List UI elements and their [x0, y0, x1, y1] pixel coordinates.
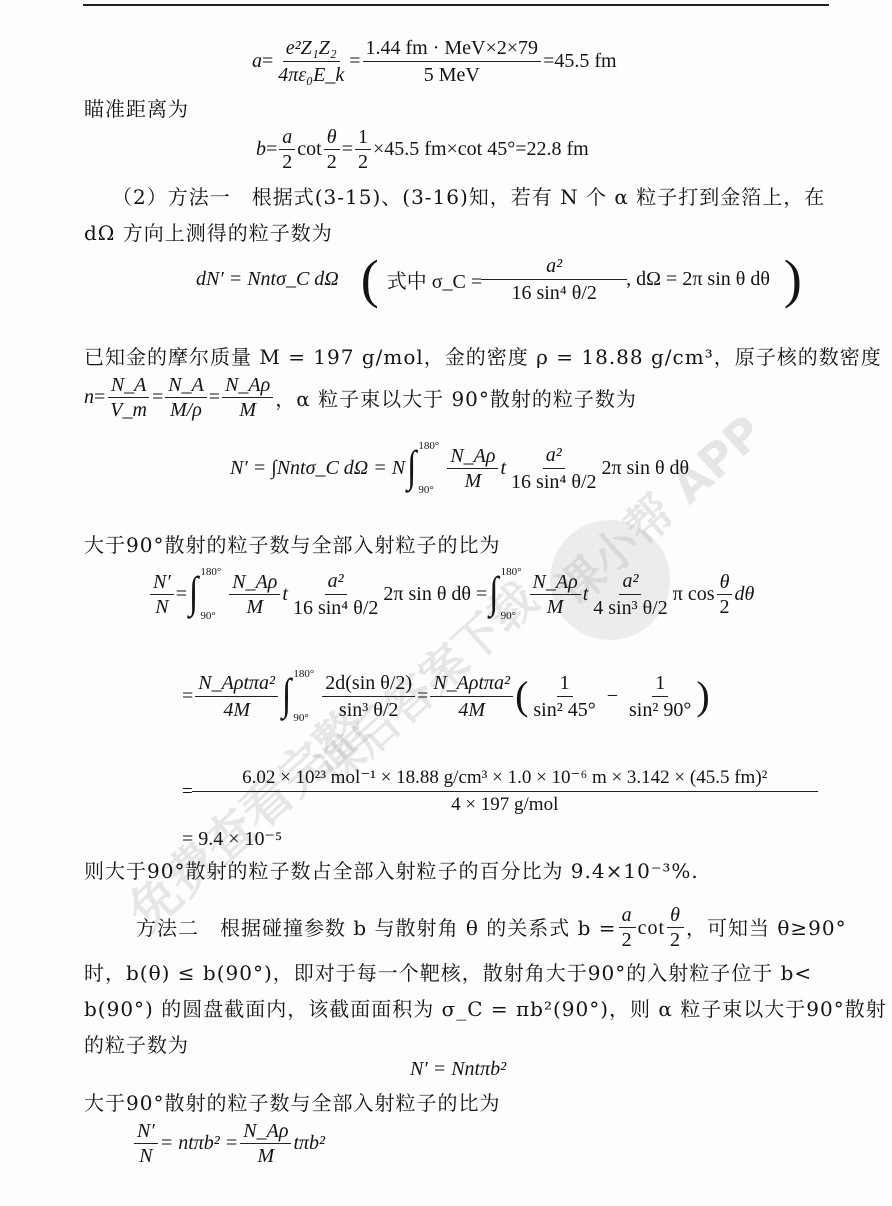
- fraction: N_AρM: [530, 571, 581, 618]
- denominator: 2: [667, 928, 684, 951]
- numerator: 1: [652, 671, 668, 697]
- upper-limit: 180°: [418, 440, 439, 452]
- numerator: 2d(sin θ/2): [322, 671, 415, 697]
- eq-symbol: a: [252, 50, 262, 73]
- equation-Nprime: N′ = ∫Nntσ_C dΩ = N ∫ 180°90° N_AρM t a²…: [230, 440, 689, 496]
- denominator: 2: [324, 150, 340, 173]
- eq-text: ×45.5 fm×cot 45°=22.8 fm: [373, 138, 589, 161]
- numerator: a²: [481, 254, 627, 280]
- numerator: 1.44 fm · MeV×2×79: [363, 36, 542, 62]
- eq-text: dθ: [735, 583, 755, 606]
- fraction: e²Z₁Z₂ 4πε₀E_k: [275, 36, 347, 87]
- fraction: 2d(sin θ/2)sin³ θ/2: [322, 671, 415, 722]
- paragraph: b(90°) 的圆盘截面内，该截面面积为 σ_C = πb²(90°)，则 α …: [84, 996, 887, 1022]
- denominator: N: [136, 1144, 155, 1167]
- left-paren: (: [515, 676, 528, 716]
- right-paren: ): [696, 676, 709, 716]
- equation-a: a= e²Z₁Z₂ 4πε₀E_k = 1.44 fm · MeV×2×79 5…: [252, 36, 617, 87]
- paragraph: 大于90°散射的粒子数与全部入射粒子的比为: [84, 532, 500, 558]
- denominator: 2: [619, 928, 636, 951]
- denominator: 2: [279, 150, 295, 173]
- numerator: 1: [557, 671, 573, 697]
- eq-text: ，α 粒子束以大于 90°散射的粒子数为: [275, 383, 637, 412]
- denominator: M: [462, 469, 485, 492]
- fraction: N_AV_m: [107, 374, 150, 421]
- denominator: 4 sin³ θ/2: [590, 595, 670, 620]
- fraction: 1sin² 90°: [626, 671, 694, 722]
- eq-text: dN′ = Nntσ_C dΩ: [196, 268, 339, 291]
- eq-text: = ntπb² =: [160, 1132, 239, 1155]
- paragraph-text: ，可知当 θ≥90°: [686, 915, 847, 941]
- paragraph-text: 方法二 根据碰撞参数 b 与散射角 θ 的关系式 b =: [136, 915, 617, 941]
- numerator: N′: [150, 571, 174, 595]
- lower-limit: 90°: [293, 712, 314, 724]
- numerator: N_Aρ: [447, 445, 498, 469]
- denominator: M: [544, 595, 567, 618]
- numerator: N_Aρ: [240, 1120, 291, 1144]
- paragraph-text: cot: [638, 915, 665, 941]
- denominator: M/ρ: [167, 398, 205, 421]
- eq-symbol: b: [256, 138, 266, 161]
- fraction: 6.02 × 10²³ mol⁻¹ × 18.88 g/cm³ × 1.0 × …: [195, 766, 815, 817]
- numerator: a²: [543, 443, 565, 469]
- paragraph: 则大于90°散射的粒子数占全部入射粒子的百分比为 9.4×10⁻³%.: [84, 858, 699, 884]
- eq-text: 2π sin θ dθ: [602, 457, 690, 480]
- fraction: N′N: [134, 1120, 158, 1167]
- numerator: 6.02 × 10²³ mol⁻¹ × 18.88 g/cm³ × 1.0 × …: [192, 766, 818, 792]
- eq-symbol: t: [500, 457, 506, 480]
- header-rule: [83, 4, 829, 6]
- denominator: 16 sin⁴ θ/2: [508, 280, 599, 305]
- denominator: N: [152, 595, 171, 618]
- numerator: N_A: [165, 374, 207, 398]
- numerator: N_Aρ: [229, 571, 280, 595]
- denominator: 2: [355, 150, 371, 173]
- numerator: a: [619, 904, 636, 928]
- integral-sign: ∫: [489, 575, 498, 614]
- eq-result: =45.5 fm: [543, 50, 617, 73]
- equation-b: b= a2 cot θ2= 12 ×45.5 fm×cot 45°=22.8 f…: [256, 126, 589, 173]
- fraction: N_AρM: [240, 1120, 291, 1167]
- denominator: M: [255, 1144, 278, 1167]
- left-paren: (: [361, 252, 379, 306]
- numerator: a²: [619, 569, 641, 595]
- denominator: sin² 90°: [626, 697, 694, 722]
- upper-limit: 180°: [293, 668, 314, 680]
- fraction: N_AρM: [222, 374, 273, 421]
- eq-text: 2π sin θ dθ =: [383, 583, 487, 606]
- eq-text: 式中 σ_C =: [387, 265, 482, 294]
- paragraph: 大于90°散射的粒子数与全部入射粒子的比为: [84, 1090, 500, 1116]
- equation-Nprime2: N′ = Nntπb²: [410, 1058, 506, 1081]
- eq-text: N′ = ∫Nntσ_C dΩ = N: [230, 457, 405, 480]
- right-paren: ): [784, 252, 802, 306]
- numerator: θ: [717, 571, 733, 595]
- numerator: 1: [355, 126, 371, 150]
- numerator: θ: [324, 126, 340, 150]
- fraction: N_AρM: [447, 445, 498, 492]
- denominator: 4M: [220, 697, 253, 722]
- eq-symbol: n: [84, 386, 94, 409]
- numerator: N_A: [108, 374, 150, 398]
- integral-sign: ∫: [189, 575, 198, 614]
- denominator: M: [243, 595, 266, 618]
- denominator: 16 sin⁴ θ/2: [508, 469, 599, 494]
- numerator: a: [279, 126, 295, 150]
- paragraph: 已知金的摩尔质量 M = 197 g/mol，金的密度 ρ = 18.88 g/…: [84, 344, 882, 370]
- equation-result: = 9.4 × 10⁻⁵: [182, 826, 282, 851]
- minus-sign: −: [607, 685, 618, 708]
- integral-sign: ∫: [407, 449, 416, 488]
- paragraph: 的粒子数为: [84, 1032, 189, 1058]
- denominator: M: [236, 398, 259, 421]
- fraction: 1sin² 45°: [530, 671, 598, 722]
- equation-n: n= N_AV_m= N_AM/ρ= N_AρM ，α 粒子束以大于 90°散射…: [84, 374, 637, 421]
- eq-text: N′ = Nntπb²: [410, 1058, 506, 1081]
- integral-limits: 180°90°: [501, 566, 522, 622]
- denominator: 4πε₀E_k: [275, 62, 347, 87]
- fraction: 12: [355, 126, 371, 173]
- lower-limit: 90°: [418, 484, 439, 496]
- numerator: θ: [667, 904, 684, 928]
- denominator: sin² 45°: [530, 697, 598, 722]
- fraction: a²16 sin⁴ θ/2: [508, 443, 599, 494]
- denominator: 4 × 197 g/mol: [448, 792, 561, 817]
- numerator: a²: [325, 569, 347, 595]
- integral-limits: 180°90°: [293, 668, 314, 724]
- fraction: a2: [619, 904, 636, 951]
- upper-limit: 180°: [200, 566, 221, 578]
- equation-numeric: = 6.02 × 10²³ mol⁻¹ × 18.88 g/cm³ × 1.0 …: [182, 766, 817, 817]
- fraction: N_Aρtπa²4M: [430, 671, 513, 722]
- numerator: N_Aρtπa²: [195, 671, 278, 697]
- numerator: e²Z₁Z₂: [283, 36, 340, 62]
- eq-text: π cos: [673, 583, 715, 606]
- fraction: a²4 sin³ θ/2: [590, 569, 670, 620]
- fraction: N′N: [150, 571, 174, 618]
- fraction: θ2: [667, 904, 684, 951]
- equation-ratio2: = N_Aρtπa²4M ∫ 180°90° 2d(sin θ/2)sin³ θ…: [182, 668, 710, 724]
- eq-text: , dΩ = 2π sin θ dθ: [626, 268, 770, 291]
- denominator: 2: [717, 595, 733, 618]
- fraction: a2: [279, 126, 295, 173]
- denominator: 4M: [455, 697, 488, 722]
- upper-limit: 180°: [501, 566, 522, 578]
- denominator: V_m: [107, 398, 150, 421]
- denominator: 16 sin⁴ θ/2: [290, 595, 381, 620]
- equation-final: N′N = ntπb² = N_AρM tπb²: [132, 1120, 325, 1167]
- fraction: N_AρM: [229, 571, 280, 618]
- denominator: sin³ θ/2: [336, 697, 401, 722]
- paragraph: （2）方法一 根据式(3-15)、(3-16)知，若有 N 个 α 粒子打到金箔…: [112, 184, 825, 210]
- paragraph: 瞄准距离为: [84, 96, 189, 122]
- lower-limit: 90°: [200, 610, 221, 622]
- numerator: N_Aρ: [222, 374, 273, 398]
- fraction: N_AM/ρ: [165, 374, 207, 421]
- equation-ratio1: N′N= ∫ 180°90° N_AρMt a²16 sin⁴ θ/2 2π s…: [148, 566, 754, 622]
- equation-dN: dN′ = Nntσ_C dΩ ( 式中 σ_C = a²16 sin⁴ θ/2…: [196, 252, 802, 306]
- integral-sign: ∫: [282, 677, 291, 716]
- eq-text: tπb²: [293, 1132, 325, 1155]
- integral-limits: 180°90°: [200, 566, 221, 622]
- fraction: θ2: [324, 126, 340, 173]
- numerator: N_Aρtπa²: [430, 671, 513, 697]
- denominator: 5 MeV: [421, 62, 483, 87]
- fraction: θ2: [717, 571, 733, 618]
- lower-limit: 90°: [501, 610, 522, 622]
- fraction: N_Aρtπa²4M: [195, 671, 278, 722]
- fraction: a²16 sin⁴ θ/2: [484, 254, 624, 305]
- paragraph: dΩ 方向上测得的粒子数为: [84, 220, 333, 246]
- paragraph: 方法二 根据碰撞参数 b 与散射角 θ 的关系式 b = a2 cot θ2 ，…: [136, 904, 847, 951]
- fraction: 1.44 fm · MeV×2×79 5 MeV: [363, 36, 542, 87]
- paragraph: 时，b(θ) ≤ b(90°)，即对于每一个靶核，散射角大于90°的入射粒子位于…: [84, 960, 812, 986]
- integral-limits: 180°90°: [418, 440, 439, 496]
- numerator: N_Aρ: [530, 571, 581, 595]
- fraction: a²16 sin⁴ θ/2: [290, 569, 381, 620]
- eq-text: cot: [297, 138, 321, 161]
- numerator: N′: [134, 1120, 158, 1144]
